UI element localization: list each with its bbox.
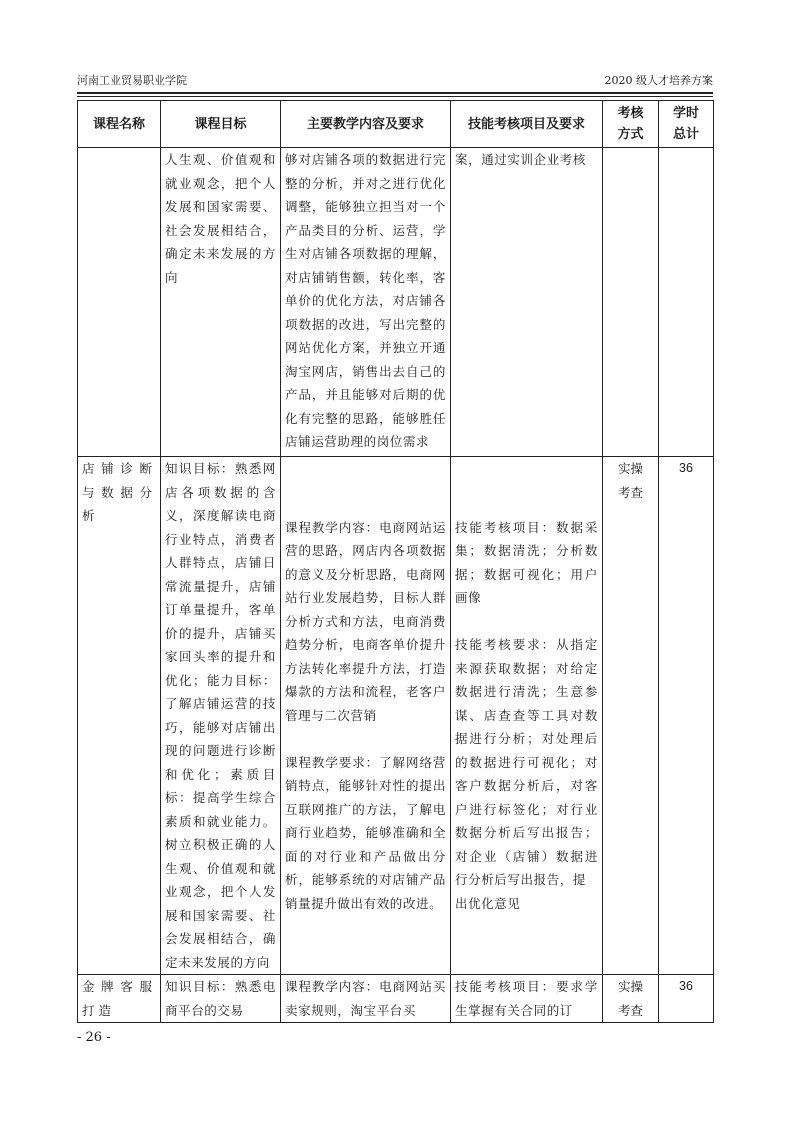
hours-cell bbox=[659, 148, 714, 457]
course-name-cell: 金牌客服打造 bbox=[78, 975, 161, 1023]
table-header-row: 课程名称 课程目标 主要教学内容及要求 技能考核项目及要求 考核 方式 学时 总… bbox=[78, 101, 714, 148]
content-paragraph: 课程教学内容：电商网站运营的思路，网店内各项数据的意义及分析思路，电商网站行业发… bbox=[285, 516, 446, 728]
col-exam-method-line2: 方式 bbox=[607, 124, 654, 145]
document-title: 2020 级人才培养方案 bbox=[605, 72, 714, 88]
hours-cell: 36 bbox=[659, 975, 714, 1023]
col-hours-line1: 学时 bbox=[663, 103, 709, 124]
exam-method-cell bbox=[603, 148, 659, 457]
course-name-cell bbox=[78, 148, 161, 457]
content-paragraph: 课程教学内容：电商网站买卖家规则，淘宝平台买 bbox=[285, 975, 446, 1022]
table-row: 金牌客服打造 知识目标：熟悉电商平台的交易 课程教学内容：电商网站买卖家规则，淘… bbox=[78, 975, 714, 1023]
skills-paragraph: 技能考核要求：从指定来源获取数据；对给定数据进行清洗；生意参谋、店查查等工具对数… bbox=[455, 633, 598, 892]
col-content: 主要教学内容及要求 bbox=[281, 101, 451, 148]
skills-paragraph: 技能考核项目：要求学生掌握有关合同的订 bbox=[455, 975, 598, 1022]
col-exam-method-line1: 考核 bbox=[607, 103, 654, 124]
col-skills: 技能考核项目及要求 bbox=[451, 101, 603, 148]
page-header: 河南工业贸易职业学院 2020 级人才培养方案 bbox=[77, 70, 713, 94]
col-hours-line2: 总计 bbox=[663, 124, 709, 145]
skills-cell: 案，通过实训企业考核 bbox=[451, 148, 603, 457]
col-course-name: 课程名称 bbox=[78, 101, 161, 148]
col-exam-method: 考核 方式 bbox=[603, 101, 659, 148]
course-name-cell: 店铺诊断与数据分析 bbox=[78, 457, 161, 975]
exam-method-cell: 实操考查 bbox=[603, 457, 659, 975]
table-row: 店铺诊断与数据分析 知识目标：熟悉网店各项数据的含义，深度解读电商行业特点，消费… bbox=[78, 457, 714, 975]
content-paragraph: 够对店铺各项的数据进行完整的分析，并对之进行优化调整，能够独立担当对一个产品类目… bbox=[285, 148, 446, 454]
objective-cell: 知识目标：熟悉电商平台的交易 bbox=[161, 975, 281, 1023]
skills-paragraph: 技能考核项目：数据采集；数据清洗；分析数据；数据可视化；用户画像 bbox=[455, 516, 598, 610]
col-hours: 学时 总计 bbox=[659, 101, 714, 148]
institution-name: 河南工业贸易职业学院 bbox=[77, 72, 187, 88]
paragraph-gap bbox=[285, 727, 446, 751]
skills-paragraph: 案，通过实训企业考核 bbox=[455, 148, 598, 172]
table-row: 人生观、价值观和就业观念，把个人发展和国家需要、社会发展相结合，确定未来发展的方… bbox=[78, 148, 714, 457]
hours-cell: 36 bbox=[659, 457, 714, 975]
exam-method-cell: 实操考查 bbox=[603, 975, 659, 1023]
content-paragraph: 课程教学要求：了解网络营销特点，能够针对性的提出互联网推广的方法，了解电商行业趋… bbox=[285, 751, 446, 916]
curriculum-table: 课程名称 课程目标 主要教学内容及要求 技能考核项目及要求 考核 方式 学时 总… bbox=[77, 100, 714, 1023]
paragraph-gap bbox=[455, 610, 598, 634]
content-cell: 够对店铺各项的数据进行完整的分析，并对之进行优化调整，能够独立担当对一个产品类目… bbox=[281, 148, 451, 457]
skills-paragraph-tail: 出优化意见 bbox=[455, 892, 598, 916]
col-objective: 课程目标 bbox=[161, 101, 281, 148]
objective-cell: 人生观、价值观和就业观念，把个人发展和国家需要、社会发展相结合，确定未来发展的方… bbox=[161, 148, 281, 457]
objective-cell: 知识目标：熟悉网店各项数据的含义，深度解读电商行业特点，消费者人群特点，店铺日常… bbox=[161, 457, 281, 975]
content-cell: 课程教学内容：电商网站买卖家规则，淘宝平台买 bbox=[281, 975, 451, 1023]
skills-cell: 技能考核项目：要求学生掌握有关合同的订 bbox=[451, 975, 603, 1023]
skills-cell: 技能考核项目：数据采集；数据清洗；分析数据；数据可视化；用户画像 技能考核要求：… bbox=[451, 457, 603, 975]
content-cell: 课程教学内容：电商网站运营的思路，网店内各项数据的意义及分析思路，电商网站行业发… bbox=[281, 457, 451, 975]
page-number: - 26 - bbox=[77, 1030, 111, 1045]
